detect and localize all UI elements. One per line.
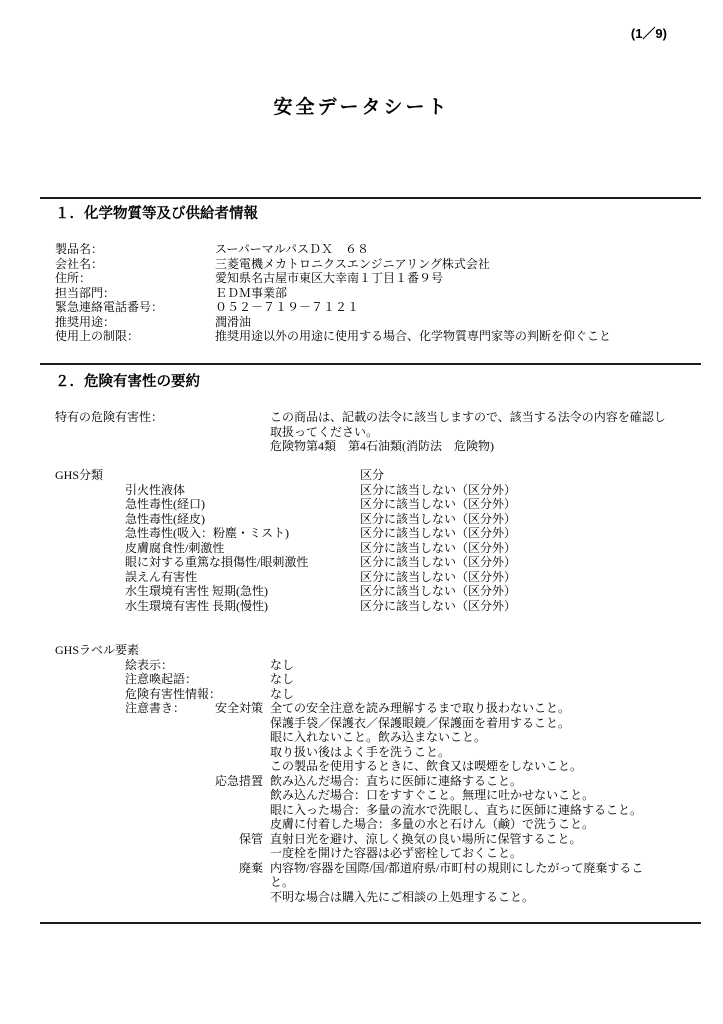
hazard-category: 区分に該当しない（区分外） (360, 599, 516, 614)
field-row-use-restrictions: 使用上の制限： 推奨用途以外の用途に使用する場合、化学物質専門家等の判断を仰ぐこ… (55, 329, 705, 344)
element-label: 絵表示： (125, 658, 270, 673)
ghs-classification-row: 急性毒性(経口) 区分に該当しない（区分外） (55, 497, 715, 512)
hazard-class: 眼に対する重篤な損傷性/眼刺激性 (125, 555, 360, 570)
group-lines: 全ての安全注意を読み理解するまで取り扱わないこと。 保護手袋／保護衣／保護眼鏡／… (270, 701, 712, 774)
hazard-category: 区分に該当しない（区分外） (360, 541, 516, 556)
group-name: 安全対策 (215, 701, 270, 774)
hazard-class: 水生環境有害性 短期(急性) (125, 584, 360, 599)
text-line: 眼に入った場合：多量の流水で洗眼し、直ちに医師に連絡すること。 (270, 803, 712, 818)
ghs-label-elements-block: GHSラベル要素 絵表示： なし 注意喚起語： なし 危険有害性情報： なし 注… (55, 643, 715, 904)
hazard-category: 区分に該当しない（区分外） (360, 512, 516, 527)
text-line: と。 (270, 875, 712, 890)
text-line: 眼に入れないこと。飲み込まないこと。 (270, 730, 712, 745)
text-line: 直射日光を避け、涼しく換気の良い場所に保管すること。 (270, 832, 712, 847)
page-number: (1／9) (631, 27, 667, 42)
field-label: 担当部門： (55, 286, 215, 301)
ghs-label-elements-title: GHSラベル要素 (55, 643, 715, 658)
text-line: 一度栓を開けた容器は必ず密栓しておくこと。 (270, 846, 712, 861)
ghs-classification-row: 急性毒性(吸入：粉塵・ミスト) 区分に該当しない（区分外） (55, 526, 715, 541)
text-line: 飲み込んだ場合：口をすすぐこと。無理に吐かせないこと。 (270, 788, 712, 803)
text-line: 皮膚に付着した場合：多量の水と石けん（鹸）で洗うこと。 (270, 817, 712, 832)
text-line: 内容物/容器を国際/国/都道府県/市町村の規則にしたがって廃棄するこ (270, 861, 712, 876)
hazard-class: 急性毒性(経口) (125, 497, 360, 512)
hazard-category: 区分に該当しない（区分外） (360, 497, 516, 512)
ghs-classification-row: 誤えん有害性 区分に該当しない（区分外） (55, 570, 715, 585)
precautionary-group-prevention: 安全対策 全ての安全注意を読み理解するまで取り扱わないこと。 保護手袋／保護衣／… (215, 701, 712, 774)
hazard-category: 区分に該当しない（区分外） (360, 526, 516, 541)
precautionary-group-response: 応急措置 飲み込んだ場合：直ちに医師に連絡すること。 飲み込んだ場合：口をすすぐ… (215, 774, 712, 832)
ghs-classification-row: 引火性液体 区分に該当しない（区分外） (55, 483, 715, 498)
field-value: 三菱電機メカトロニクスエンジニアリング株式会社 (215, 257, 490, 272)
field-label: 会社名： (55, 257, 215, 272)
hazard-class: 急性毒性(経皮) (125, 512, 360, 527)
field-row-department: 担当部門： ＥＤＭ事業部 (55, 286, 705, 301)
section-1-heading: １．化学物質等及び供給者情報 (55, 207, 258, 222)
hazard-category: 区分に該当しない（区分外） (360, 483, 516, 498)
hazard-class: 水生環境有害性 長期(慢性) (125, 599, 360, 614)
ghs-classification-row: 皮膚腐食性/刺激性 区分に該当しない（区分外） (55, 541, 715, 556)
field-value: ＥＤＭ事業部 (215, 286, 287, 301)
ghs-classification-header: GHS分類 区分 (55, 468, 715, 483)
group-lines: 飲み込んだ場合：直ちに医師に連絡すること。 飲み込んだ場合：口をすすぐこと。無理… (270, 774, 712, 832)
hazard-class: 引火性液体 (125, 483, 360, 498)
ghs-category-column-header: 区分 (360, 468, 384, 483)
precautionary-group-storage: 保管 直射日光を避け、涼しく換気の良い場所に保管すること。 一度栓を開けた容器は… (215, 832, 712, 861)
hazard-category: 区分に該当しない（区分外） (360, 584, 516, 599)
ghs-classification-row: 眼に対する重篤な損傷性/眼刺激性 区分に該当しない（区分外） (55, 555, 715, 570)
field-row-product-name: 製品名： スーパーマルパスＤＸ ６８ (55, 242, 705, 257)
precautionary-statements-block: 注意書き： 安全対策 全ての安全注意を読み理解するまで取り扱わないこと。 保護手… (55, 701, 715, 904)
label-element-row-signal-word: 注意喚起語： なし (55, 672, 715, 687)
element-value: なし (270, 687, 294, 702)
section-2-heading: ２．危険有害性の要約 (55, 375, 200, 390)
specific-hazards-text: この商品は、記載の法令に該当しますので、該当する法令の内容を確認し 取扱ってくだ… (270, 410, 666, 454)
group-lines: 内容物/容器を国際/国/都道府県/市町村の規則にしたがって廃棄するこ と。 不明… (270, 861, 712, 905)
document-title: 安全データシート (0, 101, 723, 116)
sds-document-page: (1／9) 安全データシート １．化学物質等及び供給者情報 製品名： スーパーマ… (0, 0, 723, 1024)
hazard-class: 急性毒性(吸入：粉塵・ミスト) (125, 526, 360, 541)
group-name: 廃棄 (215, 861, 270, 905)
specific-hazards-block: 特有の危険有害性： この商品は、記載の法令に該当しますので、該当する法令の内容を… (55, 410, 715, 454)
precautionary-groups: 安全対策 全ての安全注意を読み理解するまで取り扱わないこと。 保護手袋／保護衣／… (215, 701, 712, 904)
specific-hazards-label: 特有の危険有害性： (55, 410, 270, 454)
hazard-class: 誤えん有害性 (125, 570, 360, 585)
ghs-classification-title: GHS分類 (55, 468, 360, 483)
field-label: 推奨用途： (55, 315, 215, 330)
field-row-address: 住所： 愛知県名古屋市東区大幸南１丁目１番９号 (55, 271, 705, 286)
field-label: 製品名： (55, 242, 215, 257)
section-divider (40, 363, 701, 365)
field-value: スーパーマルパスＤＸ ６８ (215, 242, 369, 257)
page-bottom-divider (40, 922, 701, 924)
text-line: 取り扱い後はよく手を洗うこと。 (270, 745, 712, 760)
field-row-recommended-use: 推奨用途： 潤滑油 (55, 315, 705, 330)
text-line: 不明な場合は購入先にご相談の上処理すること。 (270, 890, 712, 905)
text-line: この製品を使用するときに、飲食又は喫煙をしないこと。 (270, 759, 712, 774)
field-value: 潤滑油 (215, 315, 251, 330)
text-line: この商品は、記載の法令に該当しますので、該当する法令の内容を確認し (270, 410, 666, 425)
field-value: 愛知県名古屋市東区大幸南１丁目１番９号 (215, 271, 443, 286)
precautionary-label: 注意書き： (125, 701, 215, 904)
group-name: 保管 (215, 832, 270, 861)
text-line: 取扱ってください。 (270, 425, 666, 440)
field-label: 緊急連絡電話番号： (55, 300, 215, 315)
ghs-classification-row: 急性毒性(経皮) 区分に該当しない（区分外） (55, 512, 715, 527)
field-value: ０５２－７１９－７１２１ (215, 300, 359, 315)
ghs-classification-table: GHS分類 区分 引火性液体 区分に該当しない（区分外） 急性毒性(経口) 区分… (55, 468, 715, 613)
element-value: なし (270, 672, 294, 687)
label-element-row-pictogram: 絵表示： なし (55, 658, 715, 673)
field-row-emergency-phone: 緊急連絡電話番号： ０５２－７１９－７１２１ (55, 300, 705, 315)
text-line: 飲み込んだ場合：直ちに医師に連絡すること。 (270, 774, 712, 789)
field-value: 推奨用途以外の用途に使用する場合、化学物質専門家等の判断を仰ぐこと (215, 329, 611, 344)
element-label: 注意喚起語： (125, 672, 270, 687)
label-element-row-hazard-statement: 危険有害性情報： なし (55, 687, 715, 702)
ghs-classification-row: 水生環境有害性 長期(慢性) 区分に該当しない（区分外） (55, 599, 715, 614)
section-divider (40, 197, 701, 199)
element-label: 危険有害性情報： (125, 687, 270, 702)
group-lines: 直射日光を避け、涼しく換気の良い場所に保管すること。 一度栓を開けた容器は必ず密… (270, 832, 712, 861)
field-label: 住所： (55, 271, 215, 286)
element-value: なし (270, 658, 294, 673)
precautionary-group-disposal: 廃棄 内容物/容器を国際/国/都道府県/市町村の規則にしたがって廃棄するこ と。… (215, 861, 712, 905)
text-line: 保護手袋／保護衣／保護眼鏡／保護面を着用すること。 (270, 716, 712, 731)
hazard-category: 区分に該当しない（区分外） (360, 555, 516, 570)
ghs-classification-row: 水生環境有害性 短期(急性) 区分に該当しない（区分外） (55, 584, 715, 599)
field-label: 使用上の制限： (55, 329, 215, 344)
text-line: 全ての安全注意を読み理解するまで取り扱わないこと。 (270, 701, 712, 716)
hazard-category: 区分に該当しない（区分外） (360, 570, 516, 585)
hazard-class: 皮膚腐食性/刺激性 (125, 541, 360, 556)
text-line: 危険物第4類 第4石油類(消防法 危険物) (270, 439, 666, 454)
supplier-info-fields: 製品名： スーパーマルパスＤＸ ６８ 会社名： 三菱電機メカトロニクスエンジニア… (55, 242, 705, 344)
field-row-company-name: 会社名： 三菱電機メカトロニクスエンジニアリング株式会社 (55, 257, 705, 272)
group-name: 応急措置 (215, 774, 270, 832)
